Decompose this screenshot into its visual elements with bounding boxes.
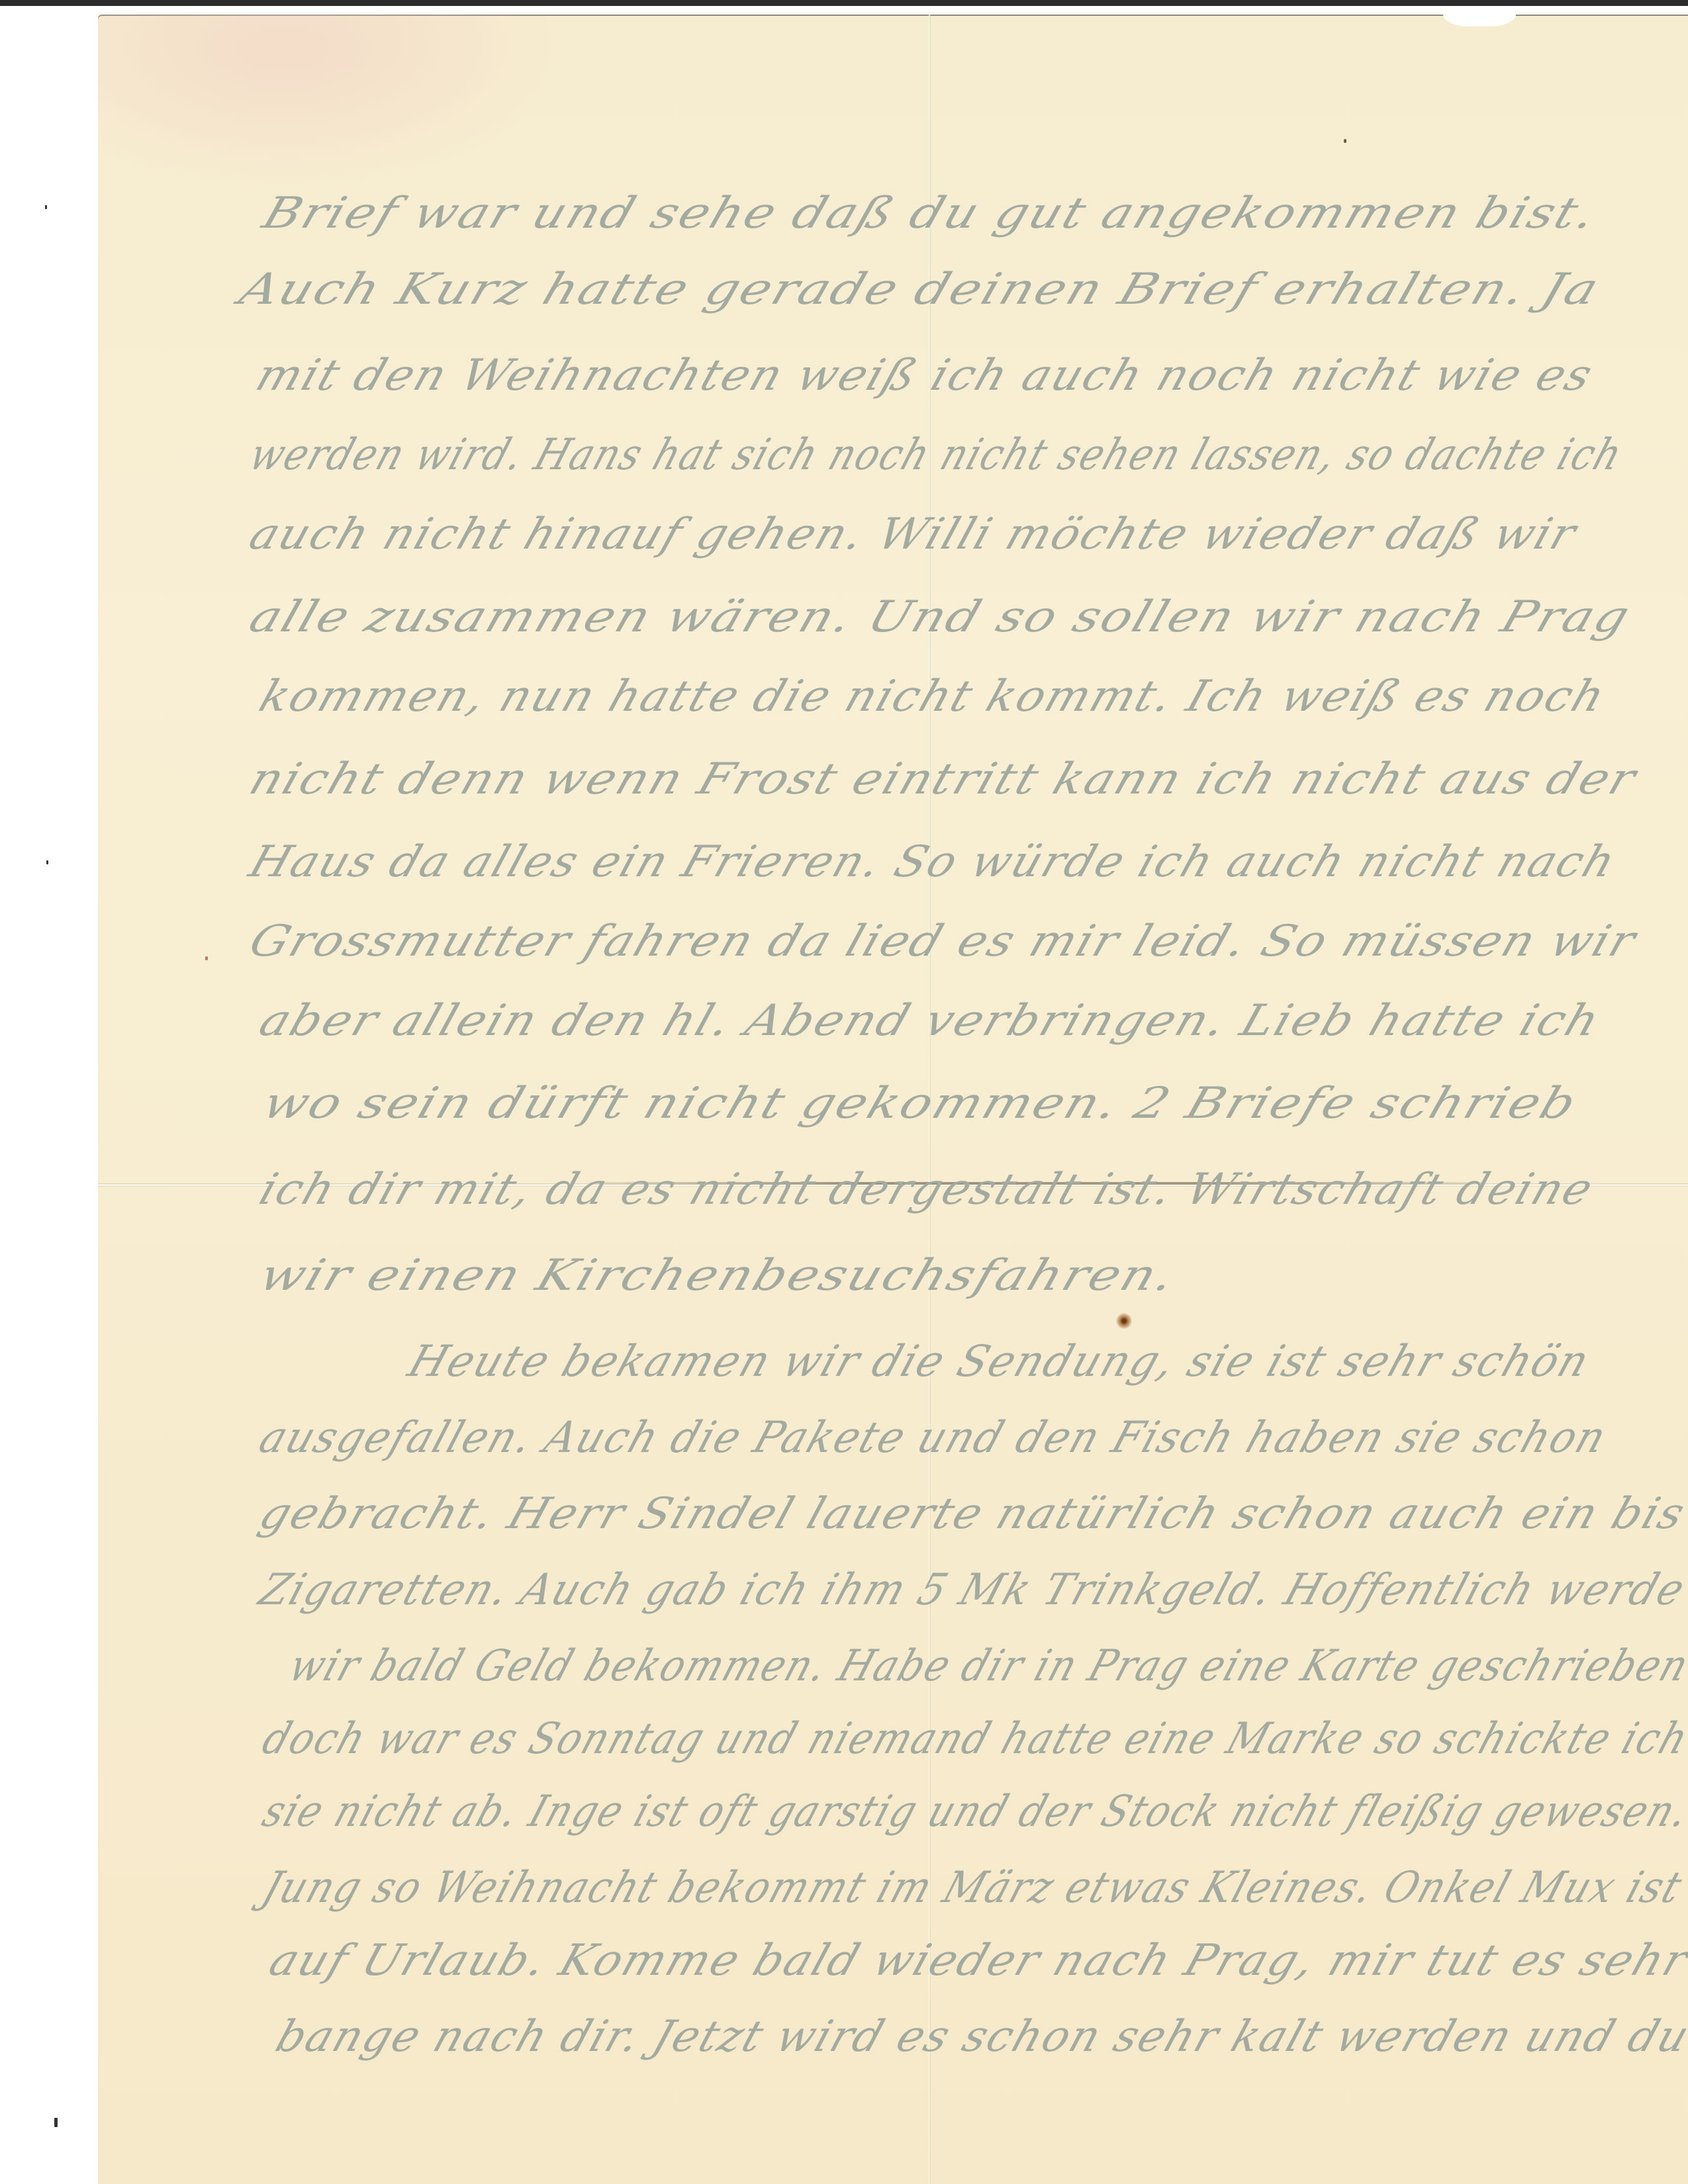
handwritten-line: sie nicht ab. Inge ist oft garstig und d… bbox=[257, 1786, 1688, 1837]
handwritten-line: Grossmutter fahren da lied es mir leid. … bbox=[244, 915, 1644, 966]
handwritten-line: mit den Weihnachten weiß ich auch noch n… bbox=[250, 349, 1600, 400]
handwritten-line: ausgefallen. Auch die Pakete und den Fis… bbox=[254, 1412, 1614, 1463]
handwritten-line: Haus da alles ein Frieren. So würde ich … bbox=[244, 836, 1623, 887]
handwritten-line: wo sein dürft nicht gekommen. 2 Briefe s… bbox=[257, 1077, 1584, 1128]
handwritten-line: auch nicht hinauf gehen. Willi möchte wi… bbox=[244, 508, 1584, 559]
handwritten-line: aber allein den hl. Abend verbringen. Li… bbox=[254, 995, 1608, 1046]
handwritten-line: doch war es Sonntag und niemand hatte ei… bbox=[257, 1713, 1688, 1764]
handwritten-line: nicht denn wenn Frost eintritt kann ich … bbox=[244, 753, 1644, 804]
handwritten-line: Zigaretten. Auch gab ich ihm 5 Mk Trinkg… bbox=[254, 1564, 1688, 1615]
handwritten-line: kommen, nun hatte die nicht kommt. Ich w… bbox=[254, 670, 1613, 721]
handwritten-line: alle zusammen wären. Und so sollen wir n… bbox=[244, 591, 1638, 642]
handwritten-line: auf Urlaub. Komme bald wieder nach Prag,… bbox=[263, 1934, 1688, 1985]
handwritten-line: wir einen Kirchenbesuchsfahren. bbox=[254, 1250, 1183, 1300]
handwritten-line: Jung so Weihnacht bekommt im März etwas … bbox=[257, 1862, 1688, 1913]
handwritten-line: ich dir mit, da es nicht dergestalt ist.… bbox=[254, 1163, 1601, 1214]
handwritten-line: bange nach dir. Jetzt wird es schon sehr… bbox=[270, 2011, 1688, 2062]
handwritten-line: Brief war und sehe daß du gut angekommen… bbox=[257, 187, 1604, 238]
handwritten-line: gebracht. Herr Sindel lauerte natürlich … bbox=[254, 1488, 1688, 1539]
handwritten-line: wir bald Geld bekommen. Habe dir in Prag… bbox=[283, 1640, 1688, 1691]
handwritten-line: Heute bekamen wir die Sendung, sie ist s… bbox=[402, 1336, 1597, 1387]
handwritten-line: Auch Kurz hatte gerade deinen Brief erha… bbox=[234, 263, 1607, 314]
handwritten-line: werden wird. Hans hat sich noch nicht se… bbox=[244, 429, 1630, 480]
handwritten-letter-body: Brief war und sehe daß du gut angekommen… bbox=[0, 0, 1688, 2184]
